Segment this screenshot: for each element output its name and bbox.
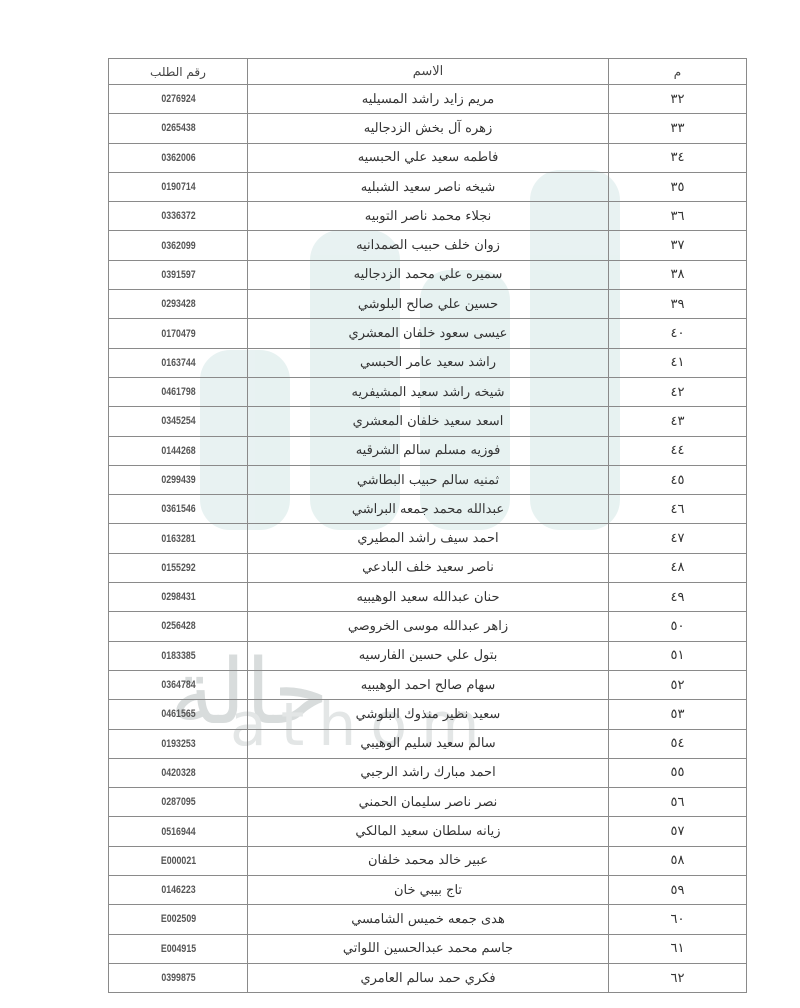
row-name: عبير خالد محمد خلفان bbox=[248, 846, 609, 875]
row-index: ٤١ bbox=[609, 348, 747, 377]
row-request-no: 0146223 bbox=[122, 876, 233, 905]
row-request-no: 0461798 bbox=[122, 377, 233, 406]
row-request-no: 0183385 bbox=[122, 641, 233, 670]
row-request-no: 0163744 bbox=[122, 348, 233, 377]
row-index: ٥٥ bbox=[609, 758, 747, 787]
row-request-no: 0361546 bbox=[122, 495, 233, 524]
row-index: ٣٣ bbox=[609, 114, 747, 143]
row-request-no: 0362006 bbox=[122, 143, 233, 172]
row-request-no: 0391597 bbox=[122, 260, 233, 289]
row-request-no: E002509 bbox=[122, 905, 233, 934]
table-row: ٥٣سعيد نظير منذوك البلوشي0461565 bbox=[109, 700, 747, 729]
table-row: ٤١راشد سعيد عامر الحبسي0163744 bbox=[109, 348, 747, 377]
table-row: ٥٩تاج بيبي خان0146223 bbox=[109, 876, 747, 905]
table-row: ٥٠زاهر عبدالله موسى الخروصي0256428 bbox=[109, 612, 747, 641]
row-request-no: 0298431 bbox=[122, 583, 233, 612]
row-name: بتول علي حسين الفارسيه bbox=[248, 641, 609, 670]
row-index: ٥٦ bbox=[609, 788, 747, 817]
row-request-no: 0144268 bbox=[122, 436, 233, 465]
row-name: نجلاء محمد ناصر التوبيه bbox=[248, 202, 609, 231]
row-index: ٥٩ bbox=[609, 876, 747, 905]
table-row: ٥٤سالم سعيد سليم الوهيبي0193253 bbox=[109, 729, 747, 758]
table-row: ٤٤فوزيه مسلم سالم الشرقيه0144268 bbox=[109, 436, 747, 465]
row-name: حسين علي صالح البلوشي bbox=[248, 290, 609, 319]
row-index: ٤٩ bbox=[609, 583, 747, 612]
row-index: ٥١ bbox=[609, 641, 747, 670]
row-name: فوزيه مسلم سالم الشرقيه bbox=[248, 436, 609, 465]
row-name: راشد سعيد عامر الحبسي bbox=[248, 348, 609, 377]
row-name: زاهر عبدالله موسى الخروصي bbox=[248, 612, 609, 641]
row-request-no: 0364784 bbox=[122, 670, 233, 699]
row-index: ٤٠ bbox=[609, 319, 747, 348]
row-index: ٣٥ bbox=[609, 172, 747, 201]
table-row: ٤٧احمد سيف راشد المطيري0163281 bbox=[109, 524, 747, 553]
row-request-no: 0420328 bbox=[122, 758, 233, 787]
row-index: ٥٨ bbox=[609, 846, 747, 875]
row-name: شيخه راشد سعيد المشيفريه bbox=[248, 377, 609, 406]
header-index: م bbox=[609, 59, 747, 85]
row-index: ٤٤ bbox=[609, 436, 747, 465]
table-row: ٣٥شيخه ناصر سعيد الشبليه0190714 bbox=[109, 172, 747, 201]
row-name: سهام صالح احمد الوهيبيه bbox=[248, 670, 609, 699]
row-index: ٤٢ bbox=[609, 377, 747, 406]
table-row: ٤٥ثمنيه سالم حبيب البطاشي0299439 bbox=[109, 465, 747, 494]
table-row: ٥٢سهام صالح احمد الوهيبيه0364784 bbox=[109, 670, 747, 699]
row-request-no: 0193253 bbox=[122, 729, 233, 758]
row-request-no: 0299439 bbox=[122, 465, 233, 494]
row-name: حنان عبدالله سعيد الوهيبيه bbox=[248, 583, 609, 612]
row-name: مريم زايد راشد المسيليه bbox=[248, 85, 609, 114]
row-index: ٥٧ bbox=[609, 817, 747, 846]
table-row: ٣٢مريم زايد راشد المسيليه0276924 bbox=[109, 85, 747, 114]
row-index: ٣٢ bbox=[609, 85, 747, 114]
table-row: ٥٧زيانه سلطان سعيد المالكي0516944 bbox=[109, 817, 747, 846]
table-row: ٤٩حنان عبدالله سعيد الوهيبيه0298431 bbox=[109, 583, 747, 612]
row-name: احمد مبارك راشد الرجبي bbox=[248, 758, 609, 787]
row-name: زهره آل بخش الزدجاليه bbox=[248, 114, 609, 143]
table-row: ٥٥احمد مبارك راشد الرجبي0420328 bbox=[109, 758, 747, 787]
row-index: ٣٨ bbox=[609, 260, 747, 289]
row-index: ٤٨ bbox=[609, 553, 747, 582]
row-name: عبدالله محمد جمعه البراشي bbox=[248, 495, 609, 524]
table-header-row: م الاسم رقم الطلب bbox=[109, 59, 747, 85]
row-index: ٤٧ bbox=[609, 524, 747, 553]
table-row: ٤٨ناصر سعيد خلف البادعي0155292 bbox=[109, 553, 747, 582]
row-request-no: 0163281 bbox=[122, 524, 233, 553]
table-row: ٣٦نجلاء محمد ناصر التوبيه0336372 bbox=[109, 202, 747, 231]
table-row: ٦١جاسم محمد عبدالحسين اللواتيE004915 bbox=[109, 934, 747, 963]
row-request-no: 0256428 bbox=[122, 612, 233, 641]
table-row: ٦٠هدى جمعه خميس الشامسيE002509 bbox=[109, 905, 747, 934]
table-row: ٥٨عبير خالد محمد خلفانE000021 bbox=[109, 846, 747, 875]
row-name: ثمنيه سالم حبيب البطاشي bbox=[248, 465, 609, 494]
row-index: ٣٤ bbox=[609, 143, 747, 172]
row-name: جاسم محمد عبدالحسين اللواتي bbox=[248, 934, 609, 963]
row-request-no: 0265438 bbox=[122, 114, 233, 143]
row-name: زوان خلف حبيب الصمدانيه bbox=[248, 231, 609, 260]
table-row: ٣٤فاطمه سعيد علي الحبسيه0362006 bbox=[109, 143, 747, 172]
row-index: ٥٠ bbox=[609, 612, 747, 641]
row-request-no: 0293428 bbox=[122, 290, 233, 319]
row-request-no: E004915 bbox=[122, 934, 233, 963]
row-name: فاطمه سعيد علي الحبسيه bbox=[248, 143, 609, 172]
table-row: ٣٣زهره آل بخش الزدجاليه0265438 bbox=[109, 114, 747, 143]
row-name: زيانه سلطان سعيد المالكي bbox=[248, 817, 609, 846]
row-request-no: E000021 bbox=[122, 846, 233, 875]
row-index: ٥٣ bbox=[609, 700, 747, 729]
table-row: ٦٢فكري حمد سالم العامري0399875 bbox=[109, 963, 747, 992]
row-request-no: 0345254 bbox=[122, 407, 233, 436]
row-index: ٣٦ bbox=[609, 202, 747, 231]
row-request-no: 0461565 bbox=[122, 700, 233, 729]
table-row: ٥١بتول علي حسين الفارسيه0183385 bbox=[109, 641, 747, 670]
row-name: اسعد سعيد خلفان المعشري bbox=[248, 407, 609, 436]
table-row: ٤٦عبدالله محمد جمعه البراشي0361546 bbox=[109, 495, 747, 524]
row-index: ٦١ bbox=[609, 934, 747, 963]
row-request-no: 0155292 bbox=[122, 553, 233, 582]
row-name: نصر ناصر سليمان الحمني bbox=[248, 788, 609, 817]
header-name: الاسم bbox=[248, 59, 609, 85]
row-request-no: 0287095 bbox=[122, 788, 233, 817]
row-name: سعيد نظير منذوك البلوشي bbox=[248, 700, 609, 729]
row-index: ٦٠ bbox=[609, 905, 747, 934]
table-row: ٣٩حسين علي صالح البلوشي0293428 bbox=[109, 290, 747, 319]
table-row: ٤٣اسعد سعيد خلفان المعشري0345254 bbox=[109, 407, 747, 436]
row-request-no: 0336372 bbox=[122, 202, 233, 231]
table-body: ٣٢مريم زايد راشد المسيليه0276924٣٣زهره آ… bbox=[109, 85, 747, 993]
row-request-no: 0170479 bbox=[122, 319, 233, 348]
row-name: احمد سيف راشد المطيري bbox=[248, 524, 609, 553]
row-name: سميره علي محمد الزدجاليه bbox=[248, 260, 609, 289]
table-row: ٤٢شيخه راشد سعيد المشيفريه0461798 bbox=[109, 377, 747, 406]
row-name: عيسى سعود خلفان المعشري bbox=[248, 319, 609, 348]
row-index: ٤٣ bbox=[609, 407, 747, 436]
row-index: ٥٢ bbox=[609, 670, 747, 699]
table-row: ٣٧زوان خلف حبيب الصمدانيه0362099 bbox=[109, 231, 747, 260]
row-name: ناصر سعيد خلف البادعي bbox=[248, 553, 609, 582]
row-request-no: 0516944 bbox=[122, 817, 233, 846]
row-index: ٣٧ bbox=[609, 231, 747, 260]
row-name: شيخه ناصر سعيد الشبليه bbox=[248, 172, 609, 201]
row-name: سالم سعيد سليم الوهيبي bbox=[248, 729, 609, 758]
row-index: ٦٢ bbox=[609, 963, 747, 992]
table-row: ٣٨سميره علي محمد الزدجاليه0391597 bbox=[109, 260, 747, 289]
row-index: ٤٦ bbox=[609, 495, 747, 524]
row-request-no: 0276924 bbox=[122, 85, 233, 114]
table-row: ٤٠عيسى سعود خلفان المعشري0170479 bbox=[109, 319, 747, 348]
row-name: تاج بيبي خان bbox=[248, 876, 609, 905]
row-request-no: 0190714 bbox=[122, 172, 233, 201]
row-name: هدى جمعه خميس الشامسي bbox=[248, 905, 609, 934]
names-table: م الاسم رقم الطلب ٣٢مريم زايد راشد المسي… bbox=[108, 58, 747, 993]
row-index: ٥٤ bbox=[609, 729, 747, 758]
header-request-no: رقم الطلب bbox=[109, 59, 248, 85]
table-row: ٥٦نصر ناصر سليمان الحمني0287095 bbox=[109, 788, 747, 817]
row-index: ٣٩ bbox=[609, 290, 747, 319]
row-request-no: 0399875 bbox=[122, 963, 233, 992]
row-index: ٤٥ bbox=[609, 465, 747, 494]
row-name: فكري حمد سالم العامري bbox=[248, 963, 609, 992]
row-request-no: 0362099 bbox=[122, 231, 233, 260]
